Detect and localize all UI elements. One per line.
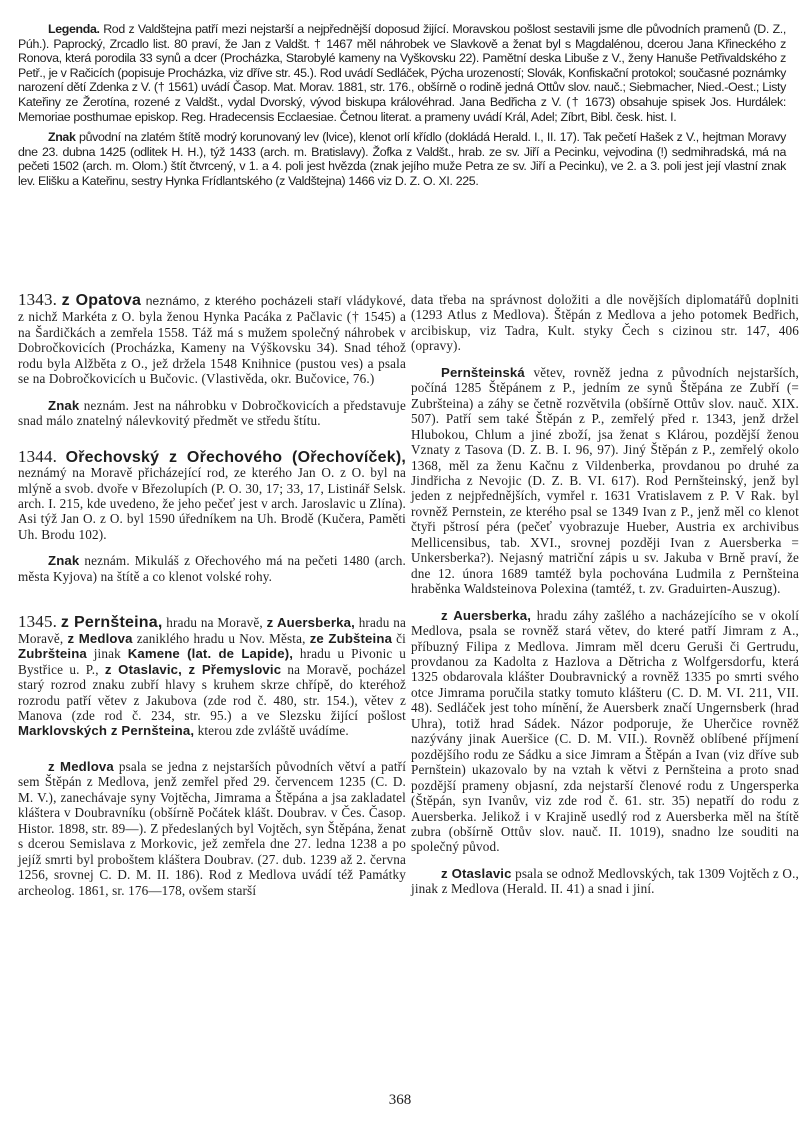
entry-title: z Pernšteina, [61,614,163,631]
entry-bold: ze Zubšteina [310,631,392,646]
medlov-text: psala se jedna z nejstarších původních v… [18,759,406,898]
right-column: data třeba na správnost doložiti a dle n… [411,292,799,897]
entry-title: z Opatova [62,292,141,309]
legenda-label: Legenda. [48,22,100,36]
entry-1343-znak: Znak neznám. Jest na náhrobku v Dobročko… [18,398,406,429]
entry-number: 1343. [18,290,57,309]
entry-number: 1344. [18,447,57,466]
otaslavic-label: z Otaslavic [441,866,512,881]
entry-text: hradu na Moravě, [162,615,266,630]
entry-text: neznámý na Moravě přicházející rod, ze k… [18,465,406,542]
otaslavic-paragraph: z Otaslavic psala se odnož Medlovských, … [411,866,799,897]
entry-bold: Marklovských z Pernšteina, [18,723,194,738]
znak-text: původní na zlatém štítě modrý korunovaný… [18,130,786,188]
entry-title: Ořechovský z Ořechového (Ořechovíček), [66,449,406,466]
znak-label: Znak [48,130,76,144]
znak-paragraph: Znak původní na zlatém štítě modrý korun… [18,130,786,188]
entry-text: jinak [87,646,128,661]
entry-bold: z Otaslavic, z Přemyslovic [105,662,281,677]
entry-1345: 1345. z Pernšteina, hradu na Moravě, z A… [18,614,406,739]
entry-bold: Kamene (lat. de Lapide), [128,646,293,661]
legenda-text: Rod z Valdštejna patří mezi nejstarší a … [18,22,786,124]
medlov-label: z Medlova [48,759,114,774]
entry-number: 1345. [18,612,57,631]
auersberk-paragraph: z Auersberka, hradu záhy zašlého a nachá… [411,608,799,855]
page-number: 368 [0,1092,800,1109]
entry-intro: neznámo, z kterého pocházeli staří [141,294,342,308]
znak-label: Znak [48,553,79,568]
pernstein-text: větev, rovněž jedna z původních nejstarš… [411,365,799,596]
continuation-paragraph: data třeba na správnost doložiti a dle n… [411,292,799,354]
entry-bold: z Medlova [68,631,133,646]
entry-text: zaniklého hradu u Nov. Města, [133,631,310,646]
entry-text: či [392,631,406,646]
medlov-paragraph: z Medlova psala se jedna z nejstarších p… [18,759,406,898]
entry-bold: z Auersberka, [267,615,355,630]
znak-label: Znak [48,398,79,413]
entry-text: kterou zde zvláště uvádíme. [194,723,349,738]
entry-1344: 1344. Ořechovský z Ořechového (Ořechovíč… [18,449,406,543]
pernstein-label: Pernšteinská [441,365,525,380]
document-page: Legenda. Rod z Valdštejna patří mezi nej… [0,0,800,1129]
entry-1344-znak: Znak neznám. Mikuláš z Ořechového má na … [18,553,406,584]
left-column: 1343. z Opatova neznámo, z kterého pochá… [18,292,406,898]
top-section: Legenda. Rod z Valdštejna patří mezi nej… [18,22,786,189]
entry-bold: Zubršteina [18,646,87,661]
pernstein-paragraph: Pernšteinská větev, rovněž jedna z původ… [411,365,799,597]
auersberk-text: hradu záhy zašlého a nacházejícího se v … [411,608,799,855]
legenda-paragraph: Legenda. Rod z Valdštejna patří mezi nej… [18,22,786,124]
auersberk-label: z Auersberka, [441,608,531,623]
entry-1343: 1343. z Opatova neznámo, z kterého pochá… [18,292,406,387]
